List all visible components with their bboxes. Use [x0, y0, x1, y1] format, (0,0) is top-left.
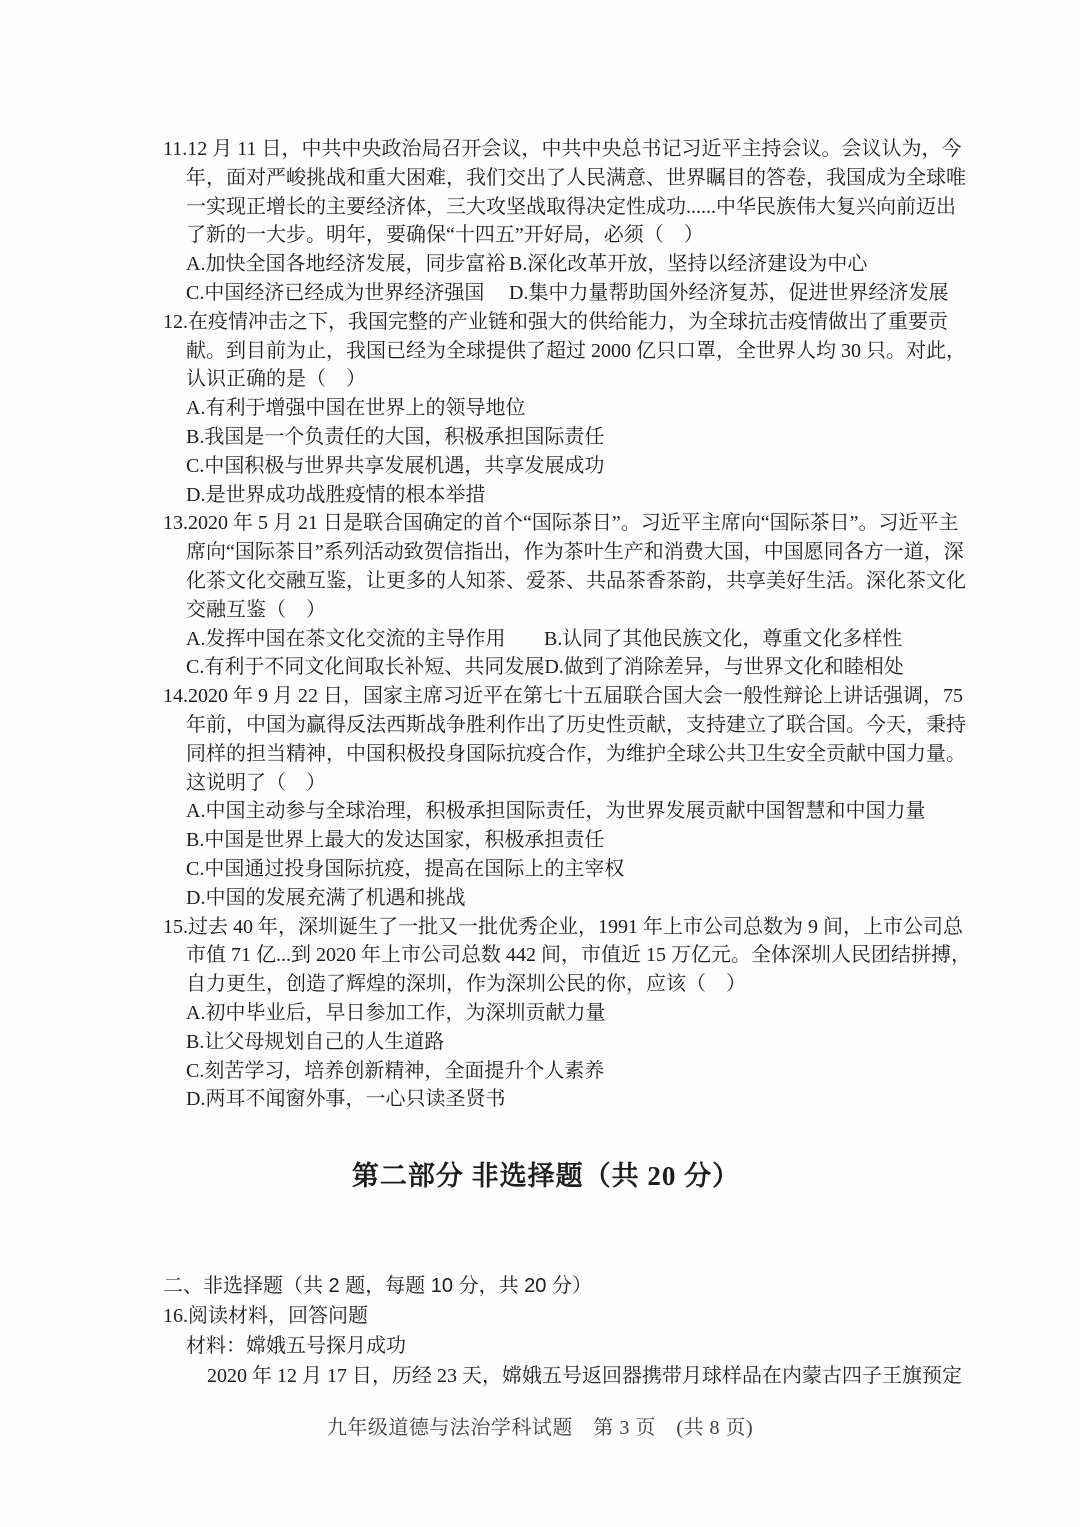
option-line: B.让父母规划自己的人生道路	[163, 1028, 929, 1057]
option-line: D.中国的发展充满了机遇和挑战	[163, 884, 929, 913]
text-line: 化茶文化交融互鉴，让更多的人知茶、爱茶、共品茶香茶韵，共享美好生活。深化茶文化	[163, 567, 929, 596]
option-line: C.中国积极与世界共享发展机遇，共享发展成功	[163, 452, 929, 481]
option-line: A.有利于增强中国在世界上的领导地位	[163, 394, 929, 423]
text-line: 献。到目前为止，我国已经为全球提供了超过 2000 亿只口罩，全世界人均 30 …	[163, 337, 929, 366]
question-13: 13.2020 年 5 月 21 日是联合国确定的首个“国际茶日”。习近平主席向…	[163, 509, 929, 682]
question-15: 15.过去 40 年，深圳诞生了一批又一批优秀企业，1991 年上市公司总数为 …	[163, 913, 929, 1115]
question-12: 12.在疫情冲击之下，我国完整的产业链和强大的供给能力，为全球抗击疫情做出了重要…	[163, 308, 929, 510]
text-line: 年前，中国为赢得反法西斯战争胜利作出了历史性贡献，支持建立了联合国。今天，秉持	[163, 711, 929, 740]
option-line: A.初中毕业后，早日参加工作，为深圳贡献力量	[163, 999, 929, 1028]
question-11: 11.12 月 11 日，中共中央政治局召开会议，中共中央总书记习近平主持会议。…	[163, 135, 929, 308]
text-line: 一实现正增长的主要经济体，三大攻坚战取得决定性成功......中华民族伟大复兴向…	[163, 193, 929, 222]
text-line: 席向“国际茶日”系列活动致贺信指出，作为茶叶生产和消费大国，中国愿同各方一道，深	[163, 538, 929, 567]
part2-heading: 第二部分 非选择题（共 20 分）	[163, 1158, 929, 1194]
option-line: C.中国经济已经成为世界经济强国D.集中力量帮助国外经济复苏，促进世界经济发展	[163, 279, 929, 308]
text-line: 年，面对严峻挑战和重大困难，我们交出了人民满意、世界瞩目的答卷，我国成为全球唯	[163, 164, 929, 193]
option-left: A.加快全国各地经济发展，同步富裕	[186, 250, 509, 279]
option-left: C.有利于不同文化间取长补短、共同发展	[186, 653, 544, 682]
text-line: 了新的一大步。明年，要确保“十四五”开好局，必须（ ）	[163, 221, 929, 250]
page-footer: 九年级道德与法治学科试题 第 3 页 (共 8 页)	[0, 1414, 1080, 1442]
option-line: B.中国是世界上最大的发达国家，积极承担责任	[163, 826, 929, 855]
option-line: A.发挥中国在茶文化交流的主导作用B.认同了其他民族文化，尊重文化多样性	[163, 625, 929, 654]
option-line: B.我国是一个负责任的大国，积极承担国际责任	[163, 423, 929, 452]
text-line: 12.在疫情冲击之下，我国完整的产业链和强大的供给能力，为全球抗击疫情做出了重要…	[163, 308, 929, 337]
option-right: B.深化改革开放，坚持以经济建设为中心	[509, 250, 867, 279]
option-left: C.中国经济已经成为世界经济强国	[186, 279, 509, 308]
option-line: D.是世界成功战胜疫情的根本举措	[163, 481, 929, 510]
option-line: C.中国通过投身国际抗疫，提高在国际上的主宰权	[163, 855, 929, 884]
option-line: A.加快全国各地经济发展，同步富裕B.深化改革开放，坚持以经济建设为中心	[163, 250, 929, 279]
text-line: 同样的担当精神，中国积极投身国际抗疫合作，为维护全球公共卫生安全贡献中国力量。	[163, 740, 929, 769]
text-line: 这说明了（ ）	[163, 769, 929, 798]
option-right: D.集中力量帮助国外经济复苏，促进世界经济发展	[509, 279, 948, 308]
text-line: 2020 年 12 月 17 日，历经 23 天，嫦娥五号返回器携带月球样品在内…	[163, 1361, 929, 1391]
option-left: A.发挥中国在茶文化交流的主导作用	[186, 625, 544, 654]
text-line: 自力更生，创造了辉煌的深圳，作为深圳公民的你，应该（ ）	[163, 970, 929, 999]
section-2-intro: 二、非选择题（共 2 题，每题 10 分，共 20 分）16.阅读材料，回答问题…	[163, 1271, 929, 1391]
text-line: 材料：嫦娥五号探月成功	[163, 1331, 929, 1361]
text-line: 16.阅读材料，回答问题	[163, 1301, 929, 1331]
text-line: 14.2020 年 9 月 22 日，国家主席习近平在第七十五届联合国大会一般性…	[163, 682, 929, 711]
exam-body: 11.12 月 11 日，中共中央政治局召开会议，中共中央总书记习近平主持会议。…	[163, 135, 929, 1391]
option-line: C.有利于不同文化间取长补短、共同发展D.做到了消除差异，与世界文化和睦相处	[163, 653, 929, 682]
option-line: D.两耳不闻窗外事，一心只读圣贤书	[163, 1085, 929, 1114]
question-14: 14.2020 年 9 月 22 日，国家主席习近平在第七十五届联合国大会一般性…	[163, 682, 929, 912]
option-line: C.刻苦学习，培养创新精神，全面提升个人素养	[163, 1057, 929, 1086]
option-right: D.做到了消除差异，与世界文化和睦相处	[544, 653, 903, 682]
text-line: 市值 71 亿...到 2020 年上市公司总数 442 间，市值近 15 万亿…	[163, 941, 929, 970]
exam-page: 11.12 月 11 日，中共中央政治局召开会议，中共中央总书记习近平主持会议。…	[0, 0, 1080, 1527]
text-line: 11.12 月 11 日，中共中央政治局召开会议，中共中央总书记习近平主持会议。…	[163, 135, 929, 164]
text-line: 交融互鉴（ ）	[163, 596, 929, 625]
option-line: A.中国主动参与全球治理，积极承担国际责任，为世界发展贡献中国智慧和中国力量	[163, 797, 929, 826]
text-line: 13.2020 年 5 月 21 日是联合国确定的首个“国际茶日”。习近平主席向…	[163, 509, 929, 538]
text-line: 二、非选择题（共 2 题，每题 10 分，共 20 分）	[163, 1271, 929, 1301]
option-right: B.认同了其他民族文化，尊重文化多样性	[544, 625, 902, 654]
text-line: 15.过去 40 年，深圳诞生了一批又一批优秀企业，1991 年上市公司总数为 …	[163, 913, 929, 942]
text-line: 认识正确的是（ ）	[163, 365, 929, 394]
